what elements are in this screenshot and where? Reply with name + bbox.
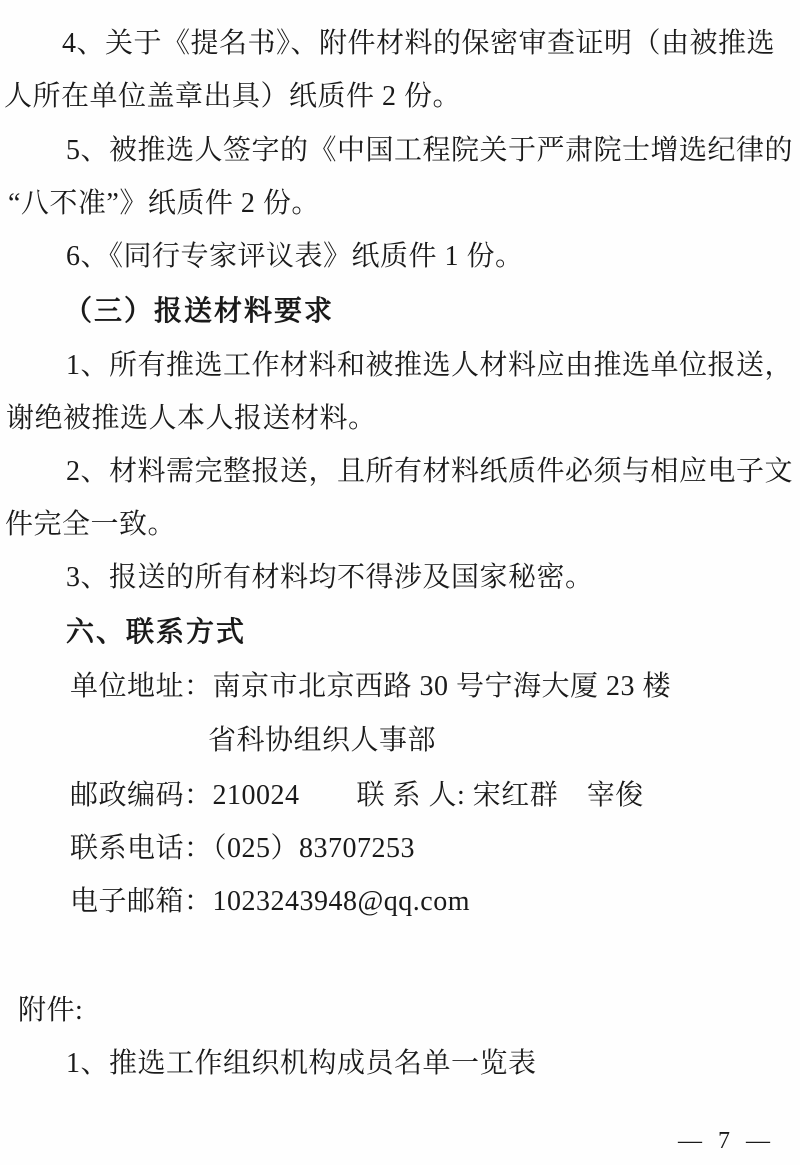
requirement-1-line-2: 谢绝被推选人本人报送材料。 [6,403,377,435]
item-5-line-1: 5、被推选人签字的《中国工程院关于严肃院士增选纪律的 [66,135,793,167]
item-4-line-1: 4、关于《提名书》、附件材料的保密审查证明（由被推选 [62,28,775,60]
page-number: — 7 — [678,1128,775,1156]
requirement-3: 3、报送的所有材料均不得涉及国家秘密。 [66,562,594,594]
requirement-2-line-1: 2、材料需完整报送，且所有材料纸质件必须与相应电子文 [66,456,793,488]
item-4-line-2: 人所在单位盖章出具）纸质件 2 份。 [4,81,461,113]
item-5-line-2: “八不准”》纸质件 2 份。 [8,188,320,220]
contact-address-line-2: 省科协组织人事部 [208,725,436,757]
section-heading-contact-info: 六、联系方式 [66,616,246,648]
contact-email: 电子邮箱：1023243948@qq.com [70,886,470,918]
requirement-1-line-1: 1、所有推选工作材料和被推选人材料应由推选单位报送， [66,350,793,382]
contact-phone: 联系电话：（025）83707253 [70,833,415,865]
contact-postcode-and-person: 邮政编码：210024 联 系 人: 宋红群 宰俊 [70,780,644,812]
document-page: 4、关于《提名书》、附件材料的保密审查证明（由被推选 人所在单位盖章出具）纸质件… [0,0,800,1165]
attachment-item-1: 1、推选工作组织机构成员名单一览表 [66,1048,537,1080]
item-6: 6、《同行专家评议表》纸质件 1 份。 [66,241,524,273]
section-heading-submission-requirements: （三）报送材料要求 [64,295,334,327]
contact-address-line-1: 单位地址：南京市北京西路 30 号宁海大厦 23 楼 [70,671,671,703]
attachments-label: 附件: [18,995,83,1027]
requirement-2-line-2: 件完全一致。 [5,509,176,541]
